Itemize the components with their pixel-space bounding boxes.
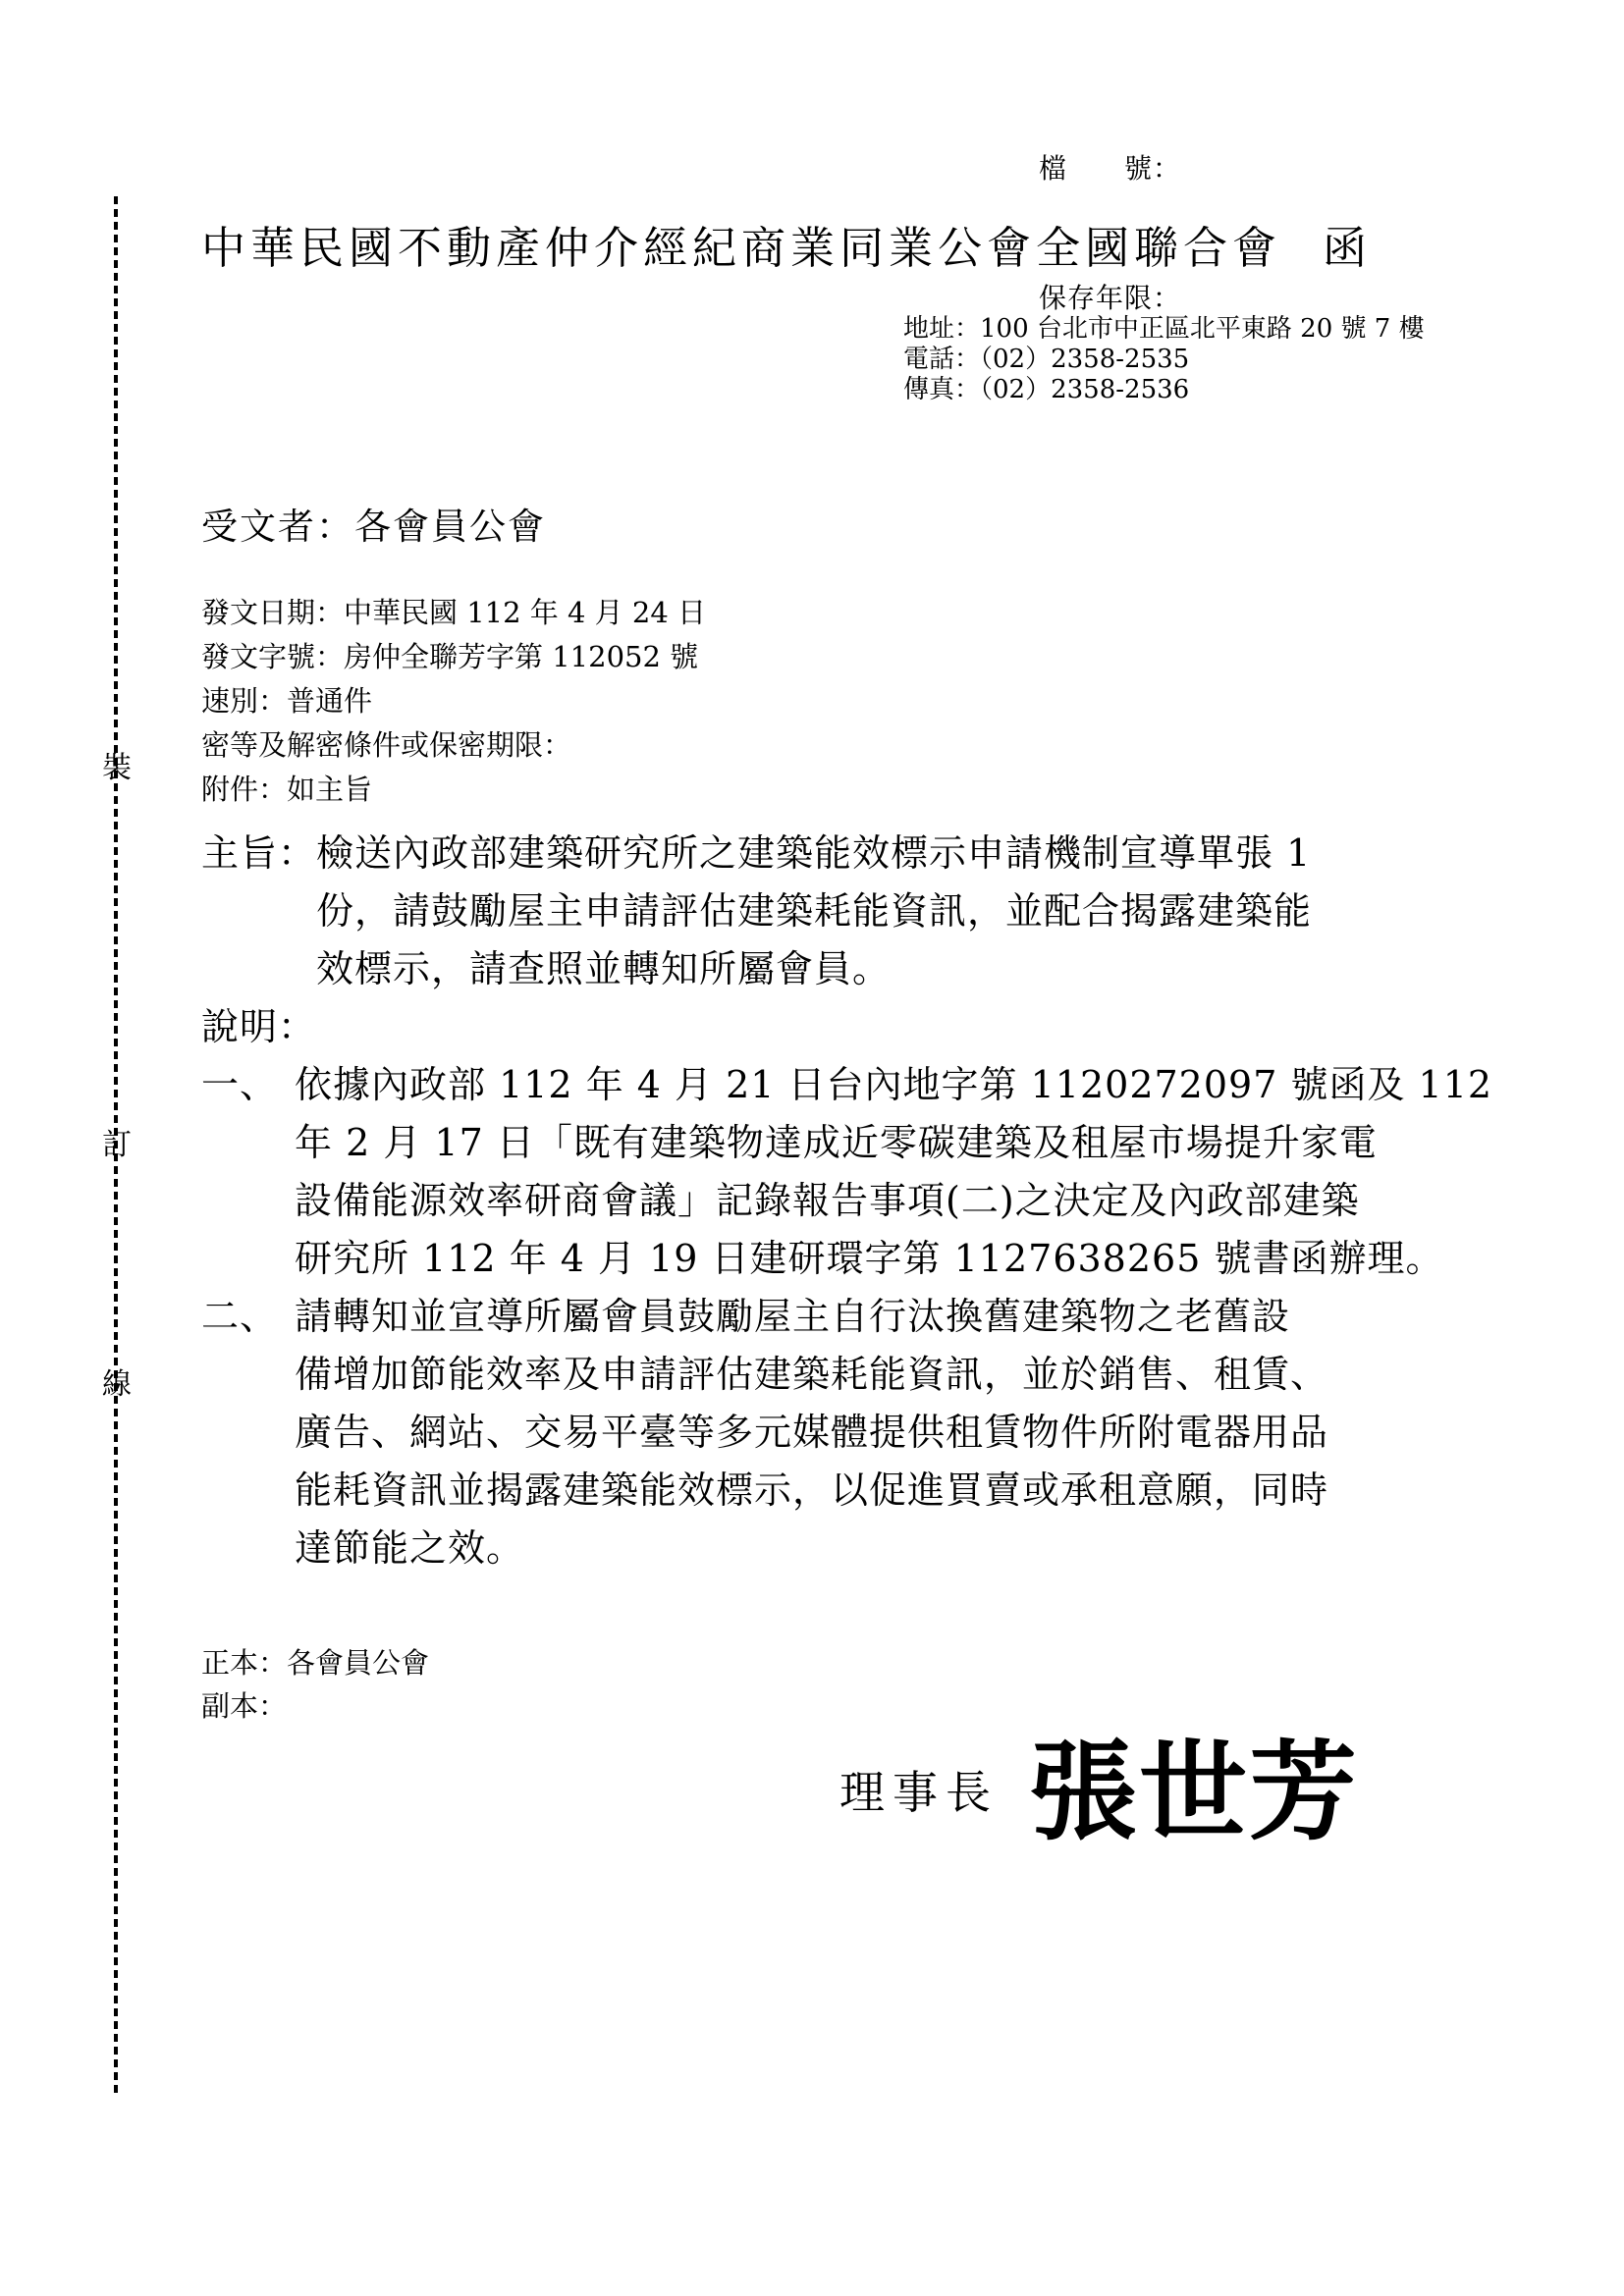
item-number: 一、 [201,1056,295,1114]
recipient-line: 受文者：各會員公會 [201,504,546,551]
original-copy-line: 正本：各會員公會 [201,1641,429,1684]
issue-date-line: 發文日期：中華民國 112 年 4 月 24 日 [201,591,706,635]
item-line: 年 2 月 17 日「既有建築物達成近零碳建築及租屋市場提升家電 [295,1114,1497,1172]
meta-block: 發文日期：中華民國 112 年 4 月 24 日 發文字號：房仲全聯芳字第 11… [201,591,706,812]
subject-label: 主旨： [201,825,316,882]
document-title: 中華民國不動產仲介經紀商業同業公會全國聯合會函 [201,220,1372,277]
explanation-item-2: 二、 請轉知並宣導所屬會員鼓勵屋主自行汰換舊建築物之老舊設 備增加節能效率及申請… [201,1288,1497,1577]
copies-block: 正本：各會員公會 副本： [201,1641,429,1728]
item-line: 備增加節能效率及申請評估建築耗能資訊，並於銷售、租賃、 [295,1346,1497,1404]
item-line: 依據內政部 112 年 4 月 21 日台內地字第 1120272097 號函及… [295,1056,1497,1114]
item-line: 研究所 112 年 4 月 19 日建研環字第 1127638265 號書函辦理… [295,1230,1497,1288]
item-line: 達節能之效。 [295,1520,1497,1577]
item-number: 二、 [201,1288,295,1346]
binding-mark-xian: 線 [98,1370,135,1400]
contact-block: 地址：100 台北市中正區北平東路 20 號 7 樓 電話：（02）2358-2… [903,314,1425,405]
security-classification-line: 密等及解密條件或保密期限： [201,723,706,768]
binding-mark-zhuang: 裝 [98,754,135,783]
issuing-organization-name: 中華民國不動產仲介經紀商業同業公會全國聯合會 [201,222,1281,274]
file-number-label: 檔 號： [1039,147,1181,190]
item-line: 廣告、網站、交易平臺等多元媒體提供租賃物件所附電器用品 [295,1404,1497,1462]
explanation-label: 說明： [201,998,1497,1056]
fax-line: 傳真：（02）2358-2536 [903,375,1425,405]
item-line: 請轉知並宣導所屬會員鼓勵屋主自行汰換舊建築物之老舊設 [295,1288,1497,1346]
document-body: 主旨： 檢送內政部建築研究所之建築能效標示申請機制宣導單張 1 份，請鼓勵屋主申… [201,825,1497,1577]
document-type-letter: 函 [1323,222,1372,274]
official-letter-page: 裝 訂 線 檔 號： 保存年限： 中華民國不動產仲介經紀商業同業公會全國聯合會函… [0,0,1624,2296]
item-text: 依據內政部 112 年 4 月 21 日台內地字第 1120272097 號函及… [295,1056,1497,1288]
signer-title: 理事長 [839,1757,999,1822]
item-line: 能耗資訊並揭露建築能效標示，以促進買賣或承租意願，同時 [295,1462,1497,1520]
priority-line: 速別：普通件 [201,679,706,723]
subject-line: 份，請鼓勵屋主申請評估建築耗能資訊，並配合揭露建築能 [316,882,1497,940]
cc-copy-line: 副本： [201,1684,429,1728]
subject-line: 效標示，請查照並轉知所屬會員。 [316,940,1497,998]
subject-line: 檢送內政部建築研究所之建築能效標示申請機制宣導單張 1 [316,825,1497,882]
explanation-item-1: 一、 依據內政部 112 年 4 月 21 日台內地字第 1120272097 … [201,1056,1497,1288]
address-line: 地址：100 台北市中正區北平東路 20 號 7 樓 [903,314,1425,345]
signer-name: 張世芳 [1029,1706,1359,1861]
phone-line: 電話：（02）2358-2535 [903,345,1425,375]
binding-mark-ding: 訂 [98,1131,135,1160]
item-text: 請轉知並宣導所屬會員鼓勵屋主自行汰換舊建築物之老舊設 備增加節能效率及申請評估建… [295,1288,1497,1577]
attachment-line: 附件：如主旨 [201,768,706,812]
subject-text: 檢送內政部建築研究所之建築能效標示申請機制宣導單張 1 份，請鼓勵屋主申請評估建… [316,825,1497,998]
reference-number-line: 發文字號：房仲全聯芳字第 112052 號 [201,635,706,679]
subject-section: 主旨： 檢送內政部建築研究所之建築能效標示申請機制宣導單張 1 份，請鼓勵屋主申… [201,825,1497,998]
item-line: 設備能源效率研商會議」記錄報告事項(二)之決定及內政部建築 [295,1172,1497,1230]
